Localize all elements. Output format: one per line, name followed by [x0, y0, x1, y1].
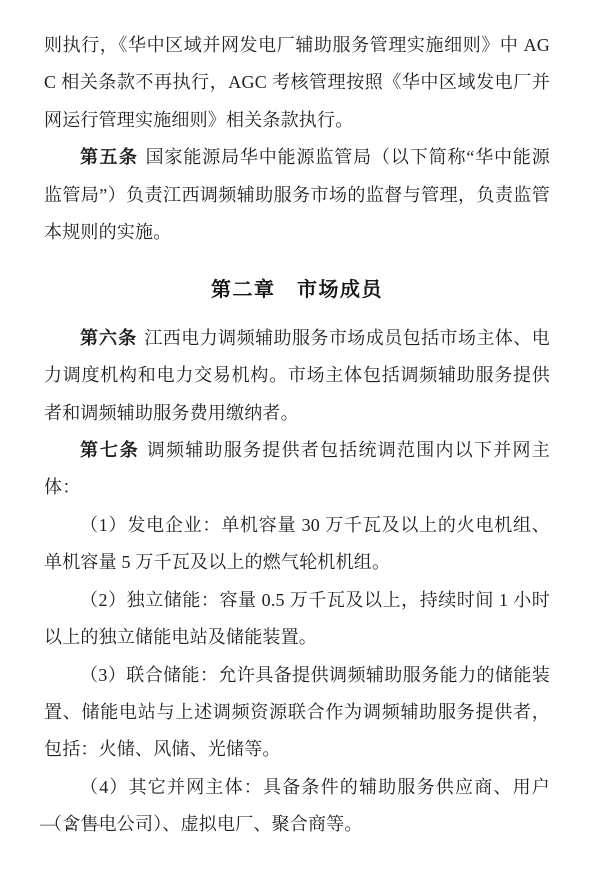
- article-7-label: 第七条: [80, 440, 140, 460]
- article-5-label: 第五条: [80, 147, 138, 167]
- list-item-1: （1）发电企业：单机容量 30 万千瓦及以上的火电机组、单机容量 5 万千瓦及以…: [44, 507, 550, 582]
- list-item-4: （4）其它并网主体：具备条件的辅助服务供应商、用户（含售电公司）、虚拟电厂、聚合…: [44, 769, 550, 844]
- list-item-3: （3）联合储能：允许具备提供调频辅助服务能力的储能装置、储能电站与上述调频资源联…: [44, 657, 550, 769]
- page-number: — 2 —: [40, 816, 103, 834]
- chapter-heading: 第二章 市场成员: [44, 272, 550, 309]
- paragraph-continuation: 则执行，《华中区域并网发电厂辅助服务管理实施细则》中 AGC 相关条款不再执行，…: [44, 27, 550, 139]
- paragraph-article-6: 第六条江西电力调频辅助服务市场成员包括市场主体、电力调度机构和电力交易机构。市场…: [44, 320, 550, 432]
- paragraph-article-7: 第七条调频辅助服务提供者包括统调范围内以下并网主体：: [44, 432, 550, 507]
- paragraph-article-5: 第五条国家能源局华中能源监管局（以下简称“华中能源监管局”）负责江西调频辅助服务…: [44, 139, 550, 251]
- list-item-2: （2）独立储能：容量 0.5 万千瓦及以上，持续时间 1 小时以上的独立储能电站…: [44, 582, 550, 657]
- article-6-label: 第六条: [80, 328, 137, 348]
- document-page: 则执行，《华中区域并网发电厂辅助服务管理实施细则》中 AGC 相关条款不再执行，…: [0, 0, 593, 885]
